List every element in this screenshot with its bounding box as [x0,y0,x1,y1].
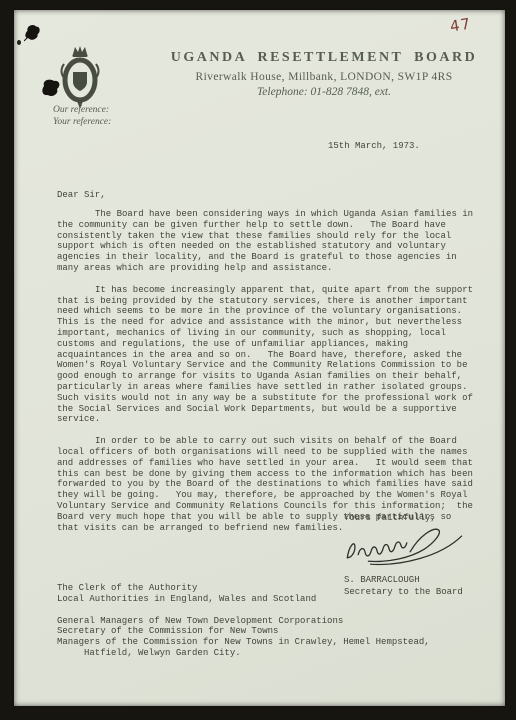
handwritten-page-number: 47 [449,14,473,35]
letterhead: UGANDA RESETTLEMENT BOARD Riverwalk Hous… [154,50,494,98]
royal-crest-icon [58,42,102,112]
organization-address: Riverwalk House, Millbank, LONDON, SW1P … [154,71,494,83]
body-paragraph-1: The Board have been considering ways in … [57,209,477,274]
distribution-line: Local Authorities in England, Wales and … [57,594,477,605]
signature-icon [339,524,470,573]
distribution-line: The Clerk of the Authority [57,583,477,594]
organization-name: UGANDA RESETTLEMENT BOARD [154,50,494,66]
body-paragraph-2: It has become increasingly apparent that… [57,285,477,425]
letter-date: 15th March, 1973. [328,141,420,152]
ink-blot [24,22,42,42]
closing-salutation: Yours faithfully, [344,513,494,524]
distribution-line: Hatfield, Welwyn Garden City. [57,648,477,659]
letter-page: UGANDA RESETTLEMENT BOARD Riverwalk Hous… [14,10,505,706]
distribution-line: Managers of the Commission for New Towns… [57,637,477,648]
ink-speck [17,40,21,45]
distribution-line: Secretary of the Commission for New Town… [57,626,477,637]
your-reference-label: Your reference: [53,116,111,128]
organization-telephone: Telephone: 01-828 7848, ext. [154,86,494,98]
ink-blot [40,76,62,100]
our-reference-label: Our reference: [53,104,111,116]
salutation: Dear Sir, [57,190,106,201]
reference-block: Our reference: Your reference: [53,104,111,128]
letter-body: The Board have been considering ways in … [57,209,477,533]
distribution-line: General Managers of New Town Development… [57,616,477,627]
distribution-list: The Clerk of the Authority Local Authori… [57,583,477,659]
